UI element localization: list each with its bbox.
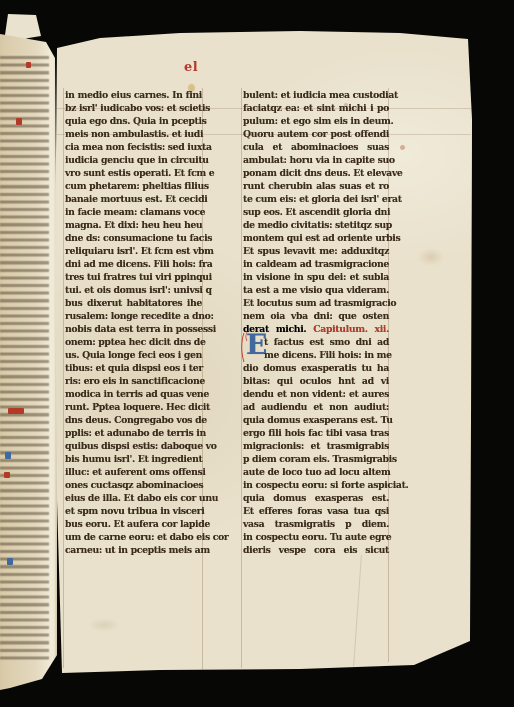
- text-line: ris: ero eis in sanctificacione: [65, 375, 202, 388]
- text-column-right-upper: bulent: et iudicia mea custodiatfaciatqz…: [243, 89, 389, 323]
- text-line: ad audiendu et non audiut:: [243, 401, 389, 414]
- text-line: in cospectu eoru: si forte aspiciat.: [243, 479, 389, 492]
- text-line: eius de illa. Et dabo eis cor unu: [65, 492, 202, 505]
- text-line: aute de loco tuo ad locu altem: [243, 466, 389, 479]
- text-line: tui. et ois domus isrl': univsi q: [65, 284, 202, 297]
- text-line: faciatqz ea: et sint michi i po: [243, 102, 389, 115]
- text-line: carneu: ut in pceptis meis am: [65, 544, 202, 557]
- text-line: rusalem: longe recedite a dno:: [65, 310, 202, 323]
- text-line: dni ad me dicens. Fili hois: fra: [65, 258, 202, 271]
- text-line: te cum eis: et gloria dei isrl' erat: [243, 193, 389, 206]
- running-title: el: [184, 60, 198, 75]
- text-line: cum phetarem: pheltias filius: [65, 180, 202, 193]
- text-line: pulum: et ego sim eis in deum.: [243, 115, 389, 128]
- text-line: quia domus exasperas est.: [243, 492, 389, 505]
- text-line: dns deus. Congregabo vos de: [65, 414, 202, 427]
- text-line: vasa trasmigratis p diem.: [243, 518, 389, 531]
- text-line: ambulat: horu via in capite suo: [243, 154, 389, 167]
- text-line: bus eoru. Et aufera cor lapide: [65, 518, 202, 531]
- text-line: me dicens. Fili hois: in me: [243, 349, 389, 362]
- text-line: us. Quia longe feci eos i gen: [65, 349, 202, 362]
- ruling-line-vertical: [63, 88, 64, 668]
- text-line: um de carne eoru: et dabo eis cor: [65, 531, 202, 544]
- rubric-mark: [16, 118, 22, 125]
- ruling-line-vertical: [241, 88, 242, 668]
- text-line: Quoru autem cor post offendi: [243, 128, 389, 141]
- text-line: ones cuctasqz abominacioes: [65, 479, 202, 492]
- text-line: modica in terris ad quas vene: [65, 388, 202, 401]
- text-line: illuc: et auferent oms offensi: [65, 466, 202, 479]
- stain: [418, 248, 444, 266]
- text-line: bis humu isrl'. Et ingredient: [65, 453, 202, 466]
- text-line: onem: pptea hec dicit dns de: [65, 336, 202, 349]
- text-line: bitas: qui oculos hnt ad vi: [243, 375, 389, 388]
- text-line: nem oia vba dni: que osten: [243, 310, 389, 323]
- text-line: quibus dispsi estis: daboque vo: [65, 440, 202, 453]
- text-line: tres tui fratres tui viri ppinqui: [65, 271, 202, 284]
- text-line: dieris vespe cora eis sicut: [243, 544, 389, 557]
- text-line: ponam dicit dns deus. Et elevave: [243, 167, 389, 180]
- text-line: iudicia genciu que in circuitu: [65, 154, 202, 167]
- text-line: dendu et non vident: et aures: [243, 388, 389, 401]
- text-line: pplis: et adunabo de terris in: [65, 427, 202, 440]
- text-line: reliquiaru isrl'. Et fcm est vbm: [65, 245, 202, 258]
- stain: [88, 618, 120, 632]
- text-line: in visione in spu dei: et subla: [243, 271, 389, 284]
- chapter-heading: Capitulum. xii.: [313, 324, 389, 335]
- stain: [400, 145, 405, 150]
- text-line: runt. Pptea loquere. Hec dicit: [65, 401, 202, 414]
- text-line: dio domus exasperatis tu ha: [243, 362, 389, 375]
- blue-initial-mark: [7, 558, 13, 565]
- text-line: banaie mortuus est. Et cecidi: [65, 193, 202, 206]
- text-line: p diem coram eis. Trasmigrabis: [243, 453, 389, 466]
- text-column-left: in medio eius carnes. In finibz isrl' iu…: [65, 89, 202, 557]
- text-line: ta est a me visio qua videram.: [243, 284, 389, 297]
- text-line: sup eos. Et ascendit gloria dni: [243, 206, 389, 219]
- text-line: magna. Et dixi: heu heu heu: [65, 219, 202, 232]
- blue-initial-mark: [5, 452, 11, 459]
- text-line: meis non ambulastis. et iudi: [65, 128, 202, 141]
- text-line: cia mea non fecistis: sed iuxta: [65, 141, 202, 154]
- rubric-mark: [8, 408, 24, 414]
- text-line: bulent: et iudicia mea custodiat: [243, 89, 389, 102]
- text-line: in caldeam ad trasmigracione: [243, 258, 389, 271]
- text-line: Et efferes foras vasa tua qsi: [243, 505, 389, 518]
- text-line: montem qui est ad oriente urbis: [243, 232, 389, 245]
- text-line: in medio eius carnes. In fini: [65, 89, 202, 102]
- rubric-mark: [26, 62, 31, 68]
- text-line: et spm novu tribua in visceri: [65, 505, 202, 518]
- text-line: cula et abominacioes suas: [243, 141, 389, 154]
- manuscript-photo: el in medio eius carnes. In finibz isrl'…: [0, 0, 514, 707]
- text-line: de medio civitatis: stetitqz sup: [243, 219, 389, 232]
- text-line: quia ego dns. Quia in pceptis: [65, 115, 202, 128]
- text-line: quia domus exasperans est. Tu: [243, 414, 389, 427]
- text-line: Et spus levavit me: adduxitqz: [243, 245, 389, 258]
- text-line: dne ds: consumacione tu facis: [65, 232, 202, 245]
- text-line: in cospectu eoru. Tu aute egre: [243, 531, 389, 544]
- text-line: in facie meam: clamans voce: [65, 206, 202, 219]
- text-line: Et locutus sum ad trasmigracio: [243, 297, 389, 310]
- facing-page-edge: [0, 0, 60, 707]
- text-line: t factus est smo dni ad: [243, 336, 389, 349]
- text-line: runt cherubin alas suas et ro: [243, 180, 389, 193]
- rubric-mark: [4, 472, 10, 478]
- text-line: migracionis: et trasmigrabis: [243, 440, 389, 453]
- text-column-right-lower: t factus est smo dni adme dicens. Fili h…: [243, 336, 389, 557]
- text-line: vro sunt estis operati. Et fcm e: [65, 167, 202, 180]
- parchment-crease: [353, 555, 362, 667]
- text-line: nobis data est terra in possessi: [65, 323, 202, 336]
- text-line: bus dixerut habitatores ihe: [65, 297, 202, 310]
- text-line: ergo fili hois fac tibi vasa tras: [243, 427, 389, 440]
- manuscript-page: el in medio eius carnes. In finibz isrl'…: [0, 0, 514, 707]
- text-line: tibus: et quia dispsi eos i ter: [65, 362, 202, 375]
- facing-page-text-edge: [0, 56, 49, 660]
- text-line: bz isrl' iudicabo vos: et scietis: [65, 102, 202, 115]
